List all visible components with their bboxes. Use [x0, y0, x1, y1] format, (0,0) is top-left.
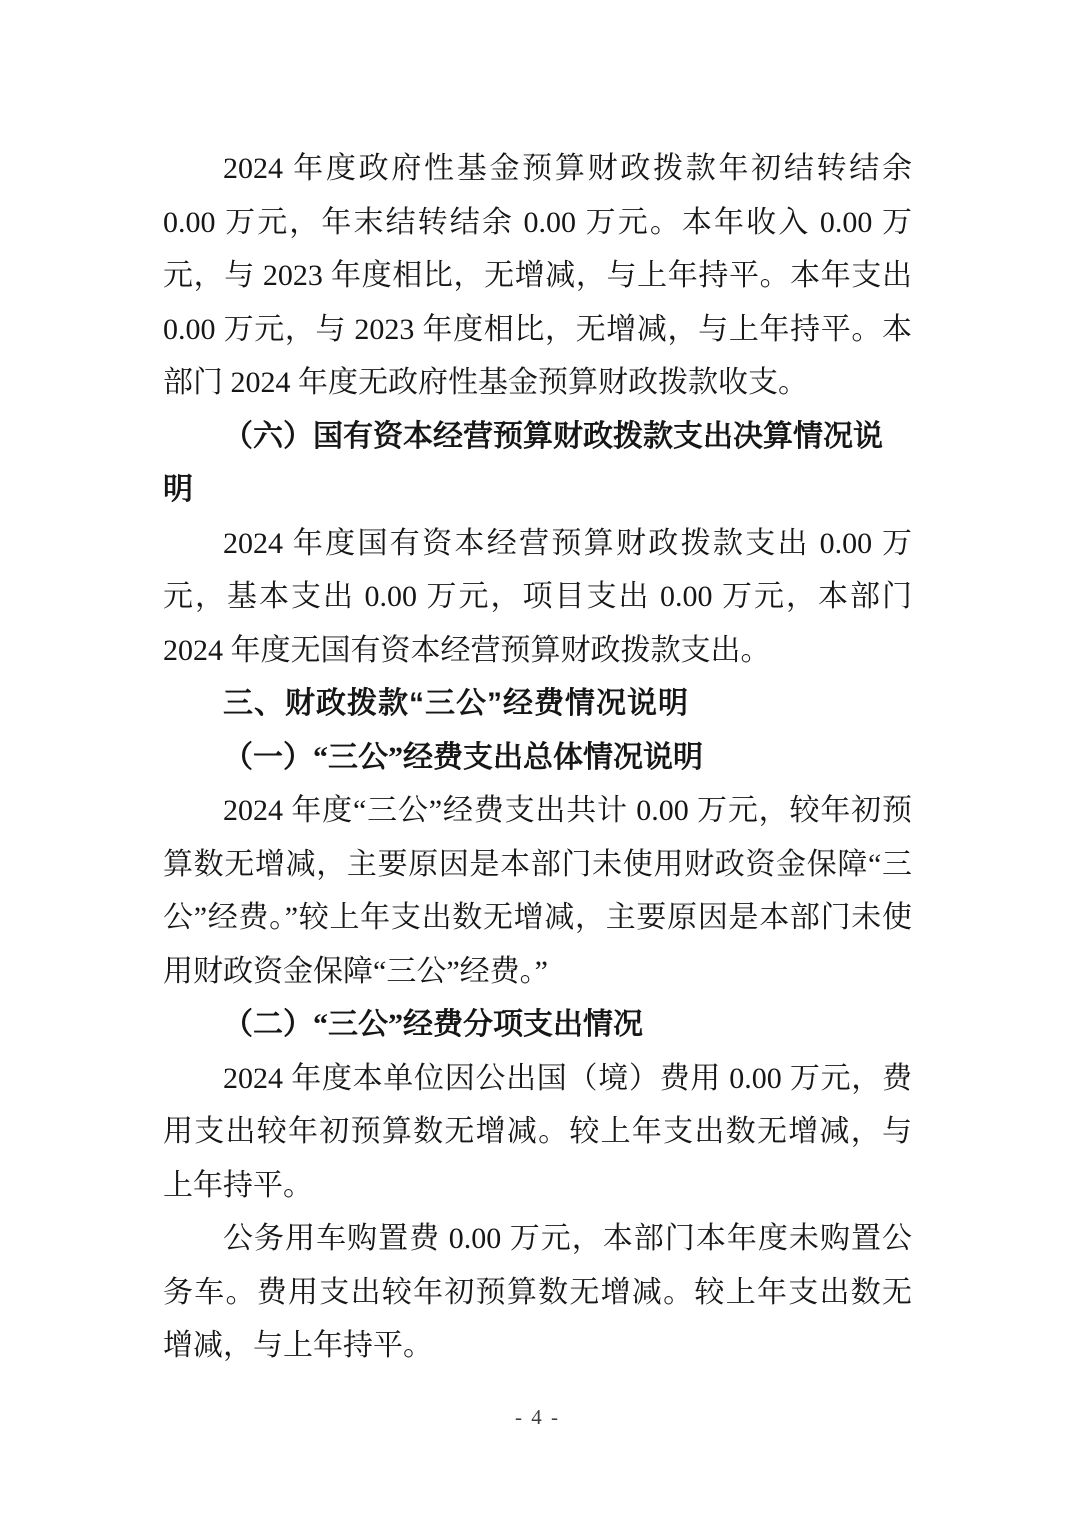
page-number: - 4 -: [0, 1405, 1075, 1430]
heading-section-3-three-public-funds: 三、财政拨款“三公”经费情况说明: [163, 677, 912, 731]
para-three-public-overall: 2024 年度“三公”经费支出共计 0.00 万元，较年初预算数无增减，主要原因…: [163, 784, 912, 998]
para-gov-fund-budget-summary: 2024 年度政府性基金预算财政拨款年初结转结余 0.00 万元，年末结转结余 …: [163, 142, 912, 410]
heading-section-6-state-capital: （六）国有资本经营预算财政拨款支出决算情况说明: [163, 410, 912, 517]
heading-sub-2-itemized-spending: （二）“三公”经费分项支出情况: [163, 998, 912, 1052]
para-overseas-travel-expense: 2024 年度本单位因公出国（境）费用 0.00 万元，费用支出较年初预算数无增…: [163, 1052, 912, 1213]
heading-sub-1-overall-spending: （一）“三公”经费支出总体情况说明: [163, 731, 912, 785]
document-body: 2024 年度政府性基金预算财政拨款年初结转结余 0.00 万元，年末结转结余 …: [163, 142, 912, 1373]
para-official-vehicle-expense: 公务用车购置费 0.00 万元，本部门本年度未购置公务车。费用支出较年初预算数无…: [163, 1212, 912, 1373]
document-page: 2024 年度政府性基金预算财政拨款年初结转结余 0.00 万元，年末结转结余 …: [0, 0, 1075, 1520]
para-state-capital-budget-summary: 2024 年度国有资本经营预算财政拨款支出 0.00 万元，基本支出 0.00 …: [163, 517, 912, 678]
